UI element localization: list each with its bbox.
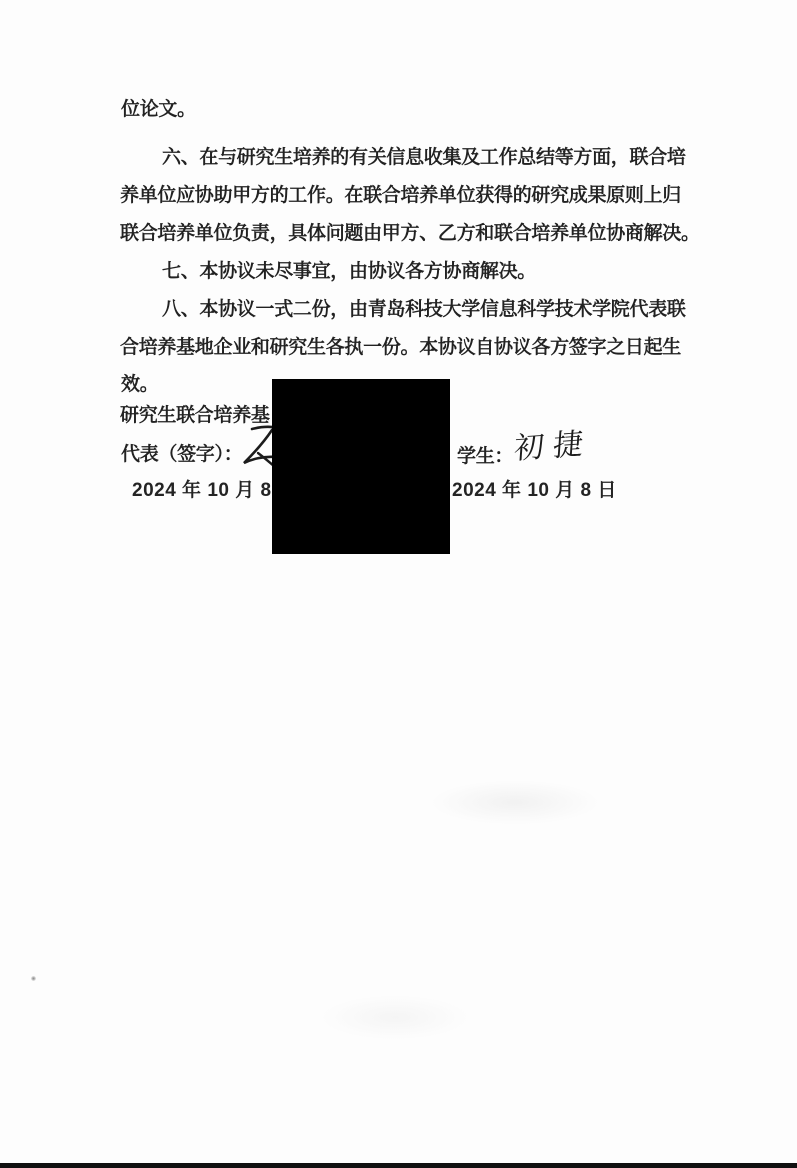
student-signature-handwriting: 初捷 bbox=[513, 427, 593, 467]
scan-speck bbox=[31, 976, 36, 981]
scan-smudge bbox=[320, 995, 470, 1040]
scanned-document-page: 位论文。 六、在与研究生培养的有关信息收集及工作总结等方面，联合培 养单位应协助… bbox=[0, 0, 797, 1168]
body-line-1: 位论文。 bbox=[121, 96, 196, 123]
body-line-2: 六、在与研究生培养的有关信息收集及工作总结等方面，联合培 bbox=[162, 144, 686, 171]
student-sign-label: 学生： bbox=[457, 443, 513, 470]
redaction-box bbox=[272, 379, 450, 554]
student-date: 2024 年 10 月 8 日 bbox=[452, 479, 617, 503]
scan-smudge bbox=[430, 780, 600, 825]
body-line-6: 八、本协议一式二份，由青岛科技大学信息科学技术学院代表联 bbox=[162, 296, 686, 323]
body-line-7: 合培养基地企业和研究生各执一份。本协议自协议各方签字之日起生 bbox=[120, 334, 681, 361]
scan-edge-bar bbox=[0, 1163, 797, 1168]
body-line-3: 养单位应协助甲方的工作。在联合培养单位获得的研究成果原则上归 bbox=[120, 182, 681, 209]
body-line-4: 联合培养单位负责，具体问题由甲方、乙方和联合培养单位协商解决。 bbox=[120, 220, 700, 247]
body-line-5: 七、本协议未尽事宜，由协议各方协商解决。 bbox=[162, 258, 536, 285]
representative-sign-label: 代表（签字）： bbox=[121, 441, 242, 468]
body-line-8: 效。 bbox=[121, 371, 158, 398]
